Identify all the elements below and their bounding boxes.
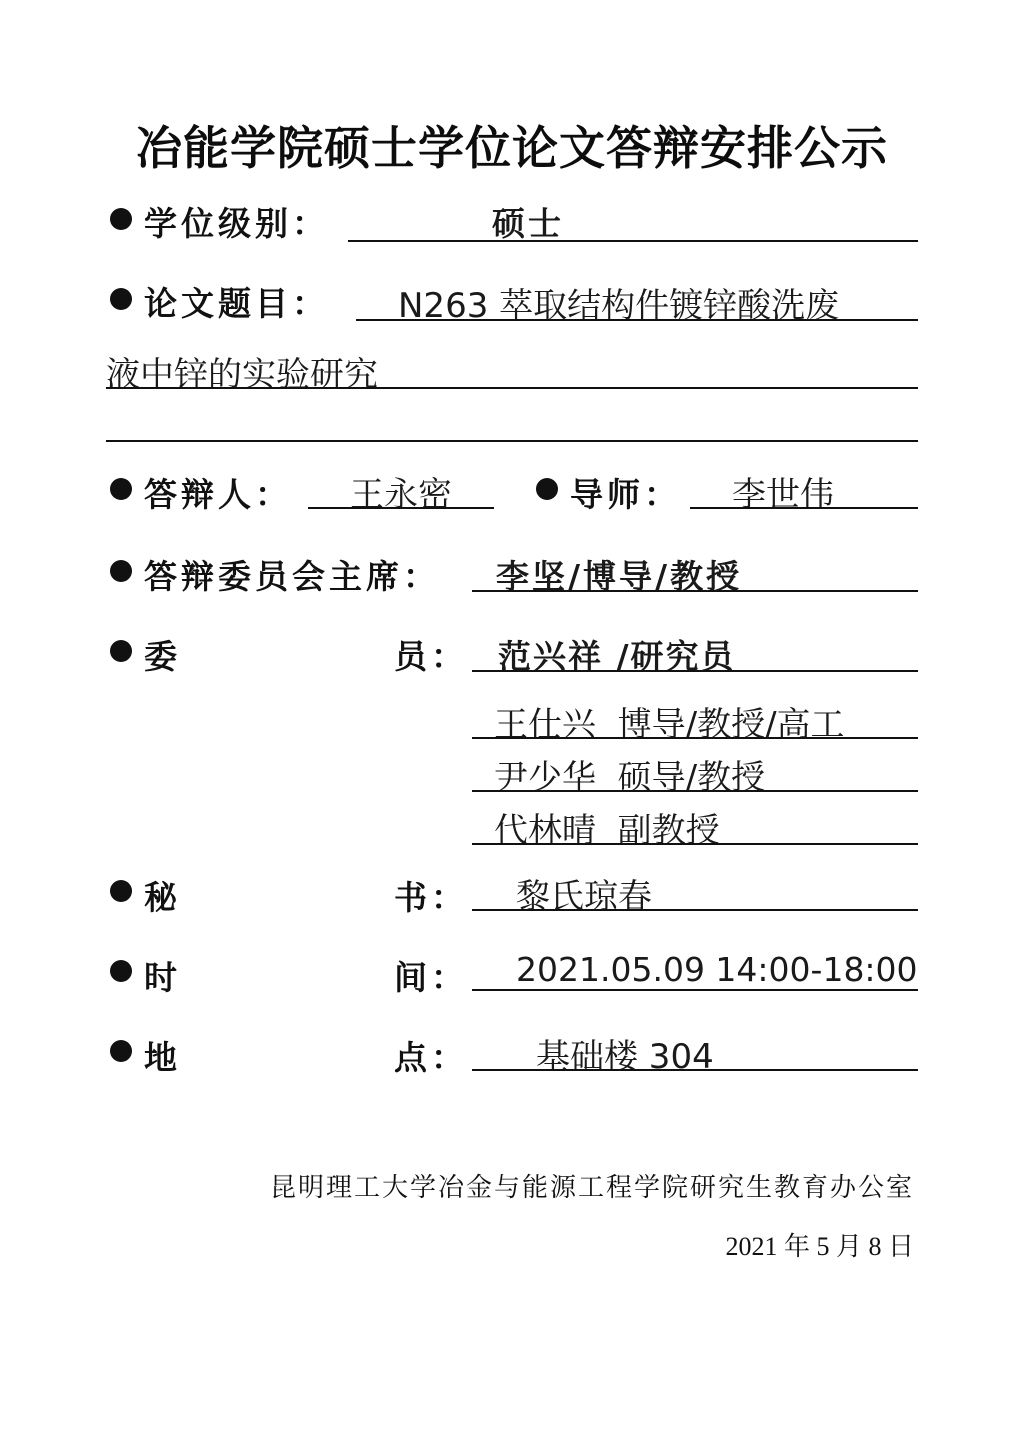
thesis-title-label: 论文题目：: [144, 278, 329, 325]
time-label-left: 时: [144, 952, 181, 999]
page-title: 冶能学院硕士学位论文答辩安排公示: [0, 112, 1024, 178]
time-value: 2021.05.09 14:00-18:00: [516, 950, 918, 989]
degree-level-underline: [348, 240, 918, 242]
time-label-right: 间：: [394, 952, 468, 999]
committee-members-label-left: 委: [144, 631, 181, 678]
bullet-icon: [110, 288, 132, 310]
committee-members-label-right: 员：: [394, 631, 468, 678]
bullet-icon: [110, 478, 132, 500]
defender-label: 答辩人：: [144, 469, 292, 516]
bullet-icon: [110, 880, 132, 902]
thesis-title-underline-1: [356, 319, 918, 321]
secretary-underline: [472, 909, 918, 911]
footer-date: 2021 年 5 月 8 日: [725, 1226, 914, 1263]
bullet-icon: [110, 560, 132, 582]
committee-chair-underline: [472, 590, 918, 592]
advisor-underline: [690, 507, 918, 509]
advisor-label: 导师：: [570, 469, 681, 516]
secretary-label-right: 书：: [394, 872, 468, 919]
bullet-icon: [110, 1040, 132, 1062]
footer-organization: 昆明理工大学冶金与能源工程学院研究生教育办公室: [270, 1167, 914, 1204]
committee-member-3-underline: [472, 790, 918, 792]
committee-member-4-underline: [472, 843, 918, 845]
secretary-label-left: 秘: [144, 872, 181, 919]
thesis-title-underline-3: [106, 440, 918, 442]
bullet-icon: [536, 478, 558, 500]
location-underline: [472, 1069, 918, 1071]
time-underline: [472, 989, 918, 991]
committee-member-1-underline: [472, 670, 918, 672]
location-label-left: 地: [144, 1032, 181, 1079]
bullet-icon: [110, 640, 132, 662]
degree-level-value: 硕士: [492, 198, 564, 245]
degree-level-label: 学位级别：: [144, 198, 329, 245]
bullet-icon: [110, 208, 132, 230]
defender-underline: [308, 507, 494, 509]
committee-member-2-underline: [472, 737, 918, 739]
location-label-right: 点：: [394, 1032, 468, 1079]
thesis-title-underline-2: [106, 387, 918, 389]
committee-chair-label: 答辩委员会主席：: [144, 551, 440, 598]
bullet-icon: [110, 960, 132, 982]
